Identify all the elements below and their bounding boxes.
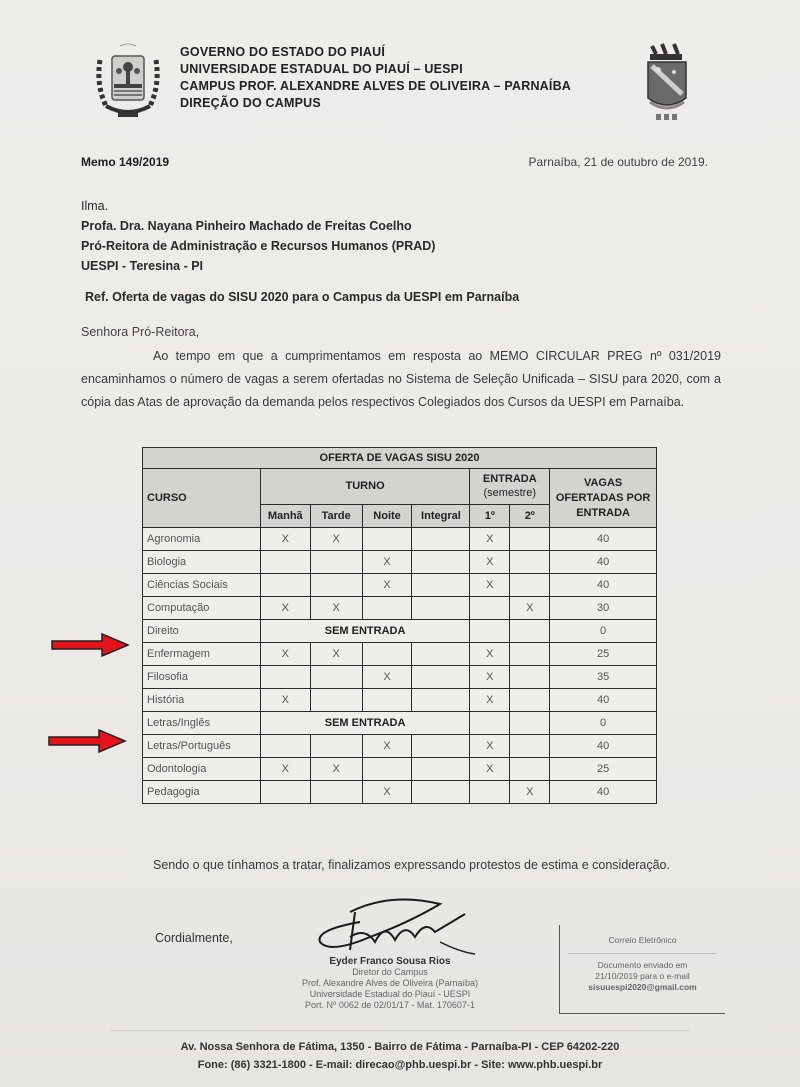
- cell-sem1: X: [470, 574, 510, 597]
- entrada-sub-label: (semestre): [474, 486, 545, 500]
- memo-page: GOVERNO DO ESTADO DO PIAUÍ UNIVERSIDADE …: [0, 0, 800, 1087]
- cell-noite: X: [362, 551, 412, 574]
- cell-manha: X: [260, 758, 310, 781]
- cell-integral: [412, 643, 470, 666]
- entrada-label: ENTRADA: [474, 472, 545, 486]
- cell-tarde: X: [310, 528, 362, 551]
- signer-portaria: Port. Nº 0062 de 02/01/17 - Mat. 170607-…: [270, 1000, 510, 1011]
- cell-vagas: 40: [550, 528, 657, 551]
- cell-tarde: [310, 574, 362, 597]
- cell-noite: X: [362, 574, 412, 597]
- recipient-block: Ilma. Profa. Dra. Nayana Pinheiro Machad…: [81, 196, 435, 276]
- cell-vagas: 25: [550, 758, 657, 781]
- memo-date: Parnaíba, 21 de outubro de 2019.: [529, 155, 708, 169]
- table-row: Filosofia X X 35: [143, 666, 657, 689]
- recipient-salutation: Ilma.: [81, 196, 435, 216]
- table-row: História X X 40: [143, 689, 657, 712]
- cell-manha: X: [260, 528, 310, 551]
- closing-paragraph: Sendo o que tínhamos a tratar, finalizam…: [81, 852, 721, 879]
- cell-curso: Odontologia: [143, 758, 261, 781]
- table-row: Pedagogia X X 40: [143, 781, 657, 804]
- letterhead-line: CAMPUS PROF. ALEXANDRE ALVES DE OLIVEIRA…: [180, 78, 571, 95]
- col-header-manha: Manhã: [260, 504, 310, 527]
- recipient-location: UESPI - Teresina - PI: [81, 256, 435, 276]
- cell-manha: [260, 735, 310, 758]
- cell-integral: [412, 781, 470, 804]
- cell-tarde: [310, 689, 362, 712]
- table-row: Ciências Sociais X X 40: [143, 574, 657, 597]
- cell-sem2: [510, 528, 550, 551]
- cell-sem-entrada: SEM ENTRADA: [260, 620, 470, 643]
- uespi-coat-of-arms-icon: [644, 42, 690, 124]
- cell-curso: Pedagogia: [143, 781, 261, 804]
- col-header-tarde: Tarde: [310, 504, 362, 527]
- cell-manha: X: [260, 689, 310, 712]
- cell-manha: X: [260, 643, 310, 666]
- memo-number: Memo 149/2019: [81, 155, 169, 169]
- cell-manha: [260, 781, 310, 804]
- col-header-sem2: 2º: [510, 504, 550, 527]
- cell-sem2: [510, 712, 550, 735]
- footer-divider: [110, 1030, 690, 1031]
- cell-sem1: [470, 712, 510, 735]
- cell-tarde: [310, 735, 362, 758]
- cell-vagas: 40: [550, 735, 657, 758]
- cell-tarde: [310, 666, 362, 689]
- cell-integral: [412, 574, 470, 597]
- recipient-role: Pró-Reitora de Administração e Recursos …: [81, 236, 435, 256]
- cell-tarde: [310, 551, 362, 574]
- recipient-name: Profa. Dra. Nayana Pinheiro Machado de F…: [81, 216, 435, 236]
- cell-noite: X: [362, 735, 412, 758]
- cell-integral: [412, 666, 470, 689]
- footer-contact: Fone: (86) 3321-1800 - E-mail: direcao@p…: [100, 1056, 700, 1074]
- cell-sem2: [510, 574, 550, 597]
- cell-manha: [260, 551, 310, 574]
- table-row: Direito SEM ENTRADA 0: [143, 620, 657, 643]
- cell-integral: [412, 689, 470, 712]
- red-arrow-icon: [47, 728, 127, 754]
- cell-noite: [362, 528, 412, 551]
- table-row: Letras/Inglês SEM ENTRADA 0: [143, 712, 657, 735]
- cell-vagas: 30: [550, 597, 657, 620]
- footer: Av. Nossa Senhora de Fátima, 1350 - Bair…: [100, 1038, 700, 1074]
- table-title: OFERTA DE VAGAS SISU 2020: [143, 448, 657, 469]
- cell-sem1: X: [470, 666, 510, 689]
- cell-manha: [260, 666, 310, 689]
- cell-tarde: X: [310, 758, 362, 781]
- body-text: Ao tempo em que a cumprimentamos em resp…: [81, 349, 721, 409]
- cell-vagas: 40: [550, 551, 657, 574]
- cell-sem2: [510, 735, 550, 758]
- cell-vagas: 35: [550, 666, 657, 689]
- table-row: Letras/Português X X 40: [143, 735, 657, 758]
- cell-tarde: [310, 781, 362, 804]
- col-header-vagas: VAGAS OFERTADAS POR ENTRADA: [550, 469, 657, 528]
- cell-noite: [362, 597, 412, 620]
- cell-sem1: [470, 620, 510, 643]
- piaui-state-coat-of-arms-icon: [92, 40, 164, 124]
- cell-noite: X: [362, 781, 412, 804]
- cell-vagas: 40: [550, 574, 657, 597]
- signer-block: Eyder Franco Sousa Rios Diretor do Campu…: [270, 956, 510, 1011]
- cell-sem1: X: [470, 689, 510, 712]
- cell-tarde: X: [310, 597, 362, 620]
- cell-sem2: [510, 689, 550, 712]
- stamp-line: 21/10/2019 para o e-mail: [560, 971, 725, 982]
- col-header-turno: TURNO: [260, 469, 470, 505]
- cell-sem2: X: [510, 597, 550, 620]
- cell-noite: [362, 758, 412, 781]
- col-header-integral: Integral: [412, 504, 470, 527]
- cell-noite: X: [362, 666, 412, 689]
- letterhead: GOVERNO DO ESTADO DO PIAUÍ UNIVERSIDADE …: [180, 44, 571, 112]
- col-header-sem1: 1º: [470, 504, 510, 527]
- cell-curso: Agronomia: [143, 528, 261, 551]
- cell-curso: Biologia: [143, 551, 261, 574]
- letterhead-line: DIREÇÃO DO CAMPUS: [180, 95, 571, 112]
- cell-sem1: X: [470, 528, 510, 551]
- body-paragraph: Ao tempo em que a cumprimentamos em resp…: [81, 345, 721, 414]
- cell-noite: [362, 689, 412, 712]
- signer-name: Eyder Franco Sousa Rios: [270, 956, 510, 967]
- table-row: Odontologia X X X 25: [143, 758, 657, 781]
- cell-curso: Letras/Português: [143, 735, 261, 758]
- cell-vagas: 0: [550, 620, 657, 643]
- vagas-table: OFERTA DE VAGAS SISU 2020 CURSO TURNO EN…: [142, 447, 657, 804]
- cell-curso: Direito: [143, 620, 261, 643]
- cell-sem2: [510, 643, 550, 666]
- table-row: Enfermagem X X X 25: [143, 643, 657, 666]
- cell-manha: [260, 574, 310, 597]
- sign-off: Cordialmente,: [155, 931, 233, 945]
- stamp-line: Documento enviado em: [560, 960, 725, 971]
- table-row: Biologia X X 40: [143, 551, 657, 574]
- col-header-noite: Noite: [362, 504, 412, 527]
- salutation: Senhora Pró-Reitora,: [81, 325, 199, 339]
- signer-campus: Prof. Alexandre Alves de Oliveira (Parna…: [270, 978, 510, 989]
- cell-sem1: X: [470, 551, 510, 574]
- cell-integral: [412, 758, 470, 781]
- cell-tarde: X: [310, 643, 362, 666]
- cell-curso: Ciências Sociais: [143, 574, 261, 597]
- cell-sem2: [510, 758, 550, 781]
- cell-integral: [412, 528, 470, 551]
- cell-sem1: X: [470, 643, 510, 666]
- col-header-entrada: ENTRADA (semestre): [470, 469, 550, 505]
- cell-sem2: X: [510, 781, 550, 804]
- cell-vagas: 25: [550, 643, 657, 666]
- cell-vagas: 40: [550, 689, 657, 712]
- cell-curso: Filosofia: [143, 666, 261, 689]
- cell-curso: Enfermagem: [143, 643, 261, 666]
- reference-line: Ref. Oferta de vagas do SISU 2020 para o…: [85, 290, 519, 304]
- cell-sem1: X: [470, 758, 510, 781]
- cell-integral: [412, 551, 470, 574]
- cell-vagas: 0: [550, 712, 657, 735]
- stamp-email: sisuuespi2020@gmail.com: [560, 982, 725, 993]
- col-header-curso: CURSO: [143, 469, 261, 528]
- cell-sem1: [470, 597, 510, 620]
- signer-university: Universidade Estadual do Piauí - UESPI: [270, 989, 510, 1000]
- cell-integral: [412, 597, 470, 620]
- table-row: Computação X X X 30: [143, 597, 657, 620]
- cell-vagas: 40: [550, 781, 657, 804]
- cell-sem1: [470, 781, 510, 804]
- cell-curso: História: [143, 689, 261, 712]
- footer-address: Av. Nossa Senhora de Fátima, 1350 - Bair…: [100, 1038, 700, 1056]
- red-arrow-icon: [50, 632, 130, 658]
- cell-curso: Letras/Inglês: [143, 712, 261, 735]
- cell-noite: [362, 643, 412, 666]
- cell-sem1: X: [470, 735, 510, 758]
- cell-sem-entrada: SEM ENTRADA: [260, 712, 470, 735]
- letterhead-line: UNIVERSIDADE ESTADUAL DO PIAUÍ – UESPI: [180, 61, 571, 78]
- signer-title: Diretor do Campus: [270, 967, 510, 978]
- cell-sem2: [510, 620, 550, 643]
- cell-curso: Computação: [143, 597, 261, 620]
- stamp-title: Correio Eletrônico: [568, 925, 717, 954]
- cell-sem2: [510, 551, 550, 574]
- email-stamp: Correio Eletrônico Documento enviado em …: [559, 925, 725, 1014]
- closing-text: Sendo o que tínhamos a tratar, finalizam…: [153, 858, 670, 872]
- letterhead-line: GOVERNO DO ESTADO DO PIAUÍ: [180, 44, 571, 61]
- cell-manha: X: [260, 597, 310, 620]
- cell-integral: [412, 735, 470, 758]
- cell-sem2: [510, 666, 550, 689]
- table-row: Agronomia X X X 40: [143, 528, 657, 551]
